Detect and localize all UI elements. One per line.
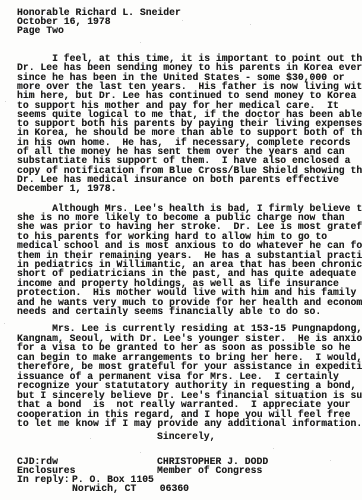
- scan-speckle: [273, 448, 274, 449]
- scan-speckle: [140, 452, 141, 453]
- reply-address-line2: Norwich, CT 06360: [72, 484, 189, 494]
- scan-speckle: [140, 42, 141, 43]
- letter-page: Honorable Richard L. Sneider October 16,…: [0, 0, 362, 500]
- scan-speckle: [250, 24, 251, 25]
- scan-speckle: [90, 438, 91, 439]
- text-line: needs and certainly seems financially ab…: [17, 307, 321, 317]
- scan-speckle: [4, 323, 5, 324]
- salutation: Sincerely,: [157, 432, 216, 442]
- scan-speckle: [330, 460, 331, 461]
- in-reply-label: In reply:: [17, 475, 70, 485]
- text-line: to let me know if I may provide any addi…: [17, 419, 362, 429]
- scan-speckle: [5, 101, 6, 102]
- text-line: December 1, 1978.: [17, 184, 116, 194]
- scan-speckle: [182, 20, 183, 21]
- scan-speckle: [350, 340, 351, 341]
- signer-title: Member of Congress: [157, 466, 262, 476]
- scan-speckle: [138, 319, 139, 320]
- page-number: Page Two: [17, 26, 64, 36]
